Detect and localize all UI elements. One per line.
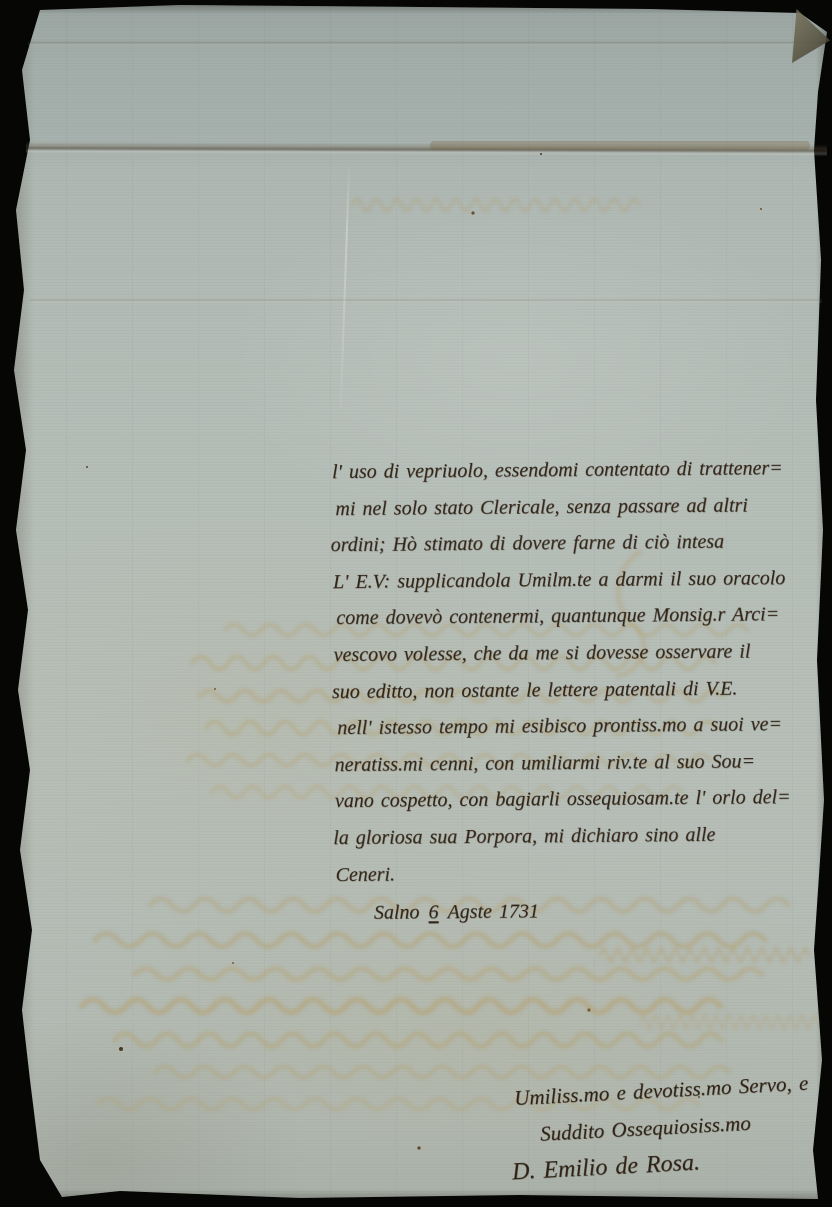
dateline-month-year: Agste 1731 [447,900,539,923]
manuscript-scan: l' uso di vepriuolo, essendomi contentat… [0,0,832,1207]
letter-line: come dovevò contenermi, quantunque Monsi… [336,596,825,637]
closing-block: Umiliss.mo e devotiss.mo Servo, e Suddit… [513,1064,828,1191]
letter-body: l' uso di vepriuolo, essendomi contentat… [332,450,828,932]
letter-line: ordini; Hò stimato di dovere farne di ci… [331,523,825,564]
letter-line: Ceneri. [335,852,827,893]
dateline-day: 6 [428,901,438,923]
letter-line: vano cospetto, con bagiarli ossequiosam.… [335,779,827,820]
ink-specks [0,0,2,2]
letter-line: mi nel solo stato Clericale, senza passa… [335,486,824,527]
dateline: Salno6Agste 1731 [374,891,828,932]
letter-line: suo editto, non ostante le lettere paten… [332,669,826,710]
letter-line: la gloriosa sua Porpora, mi dichiaro sin… [333,816,827,857]
letter-line: nell' istesso tempo mi esibisco prontiss… [337,706,826,747]
letter-line: L' E.V: supplicandola Umilm.te a darmi i… [333,560,825,601]
dateline-place: Salno [374,902,420,924]
letter-line: l' uso di vepriuolo, essendomi contentat… [332,450,824,491]
letter-line: vescovo volesse, che da me si dovesse os… [334,633,826,674]
letter-line: neratiss.mi cenni, con umiliarmi riv.te … [334,743,826,784]
